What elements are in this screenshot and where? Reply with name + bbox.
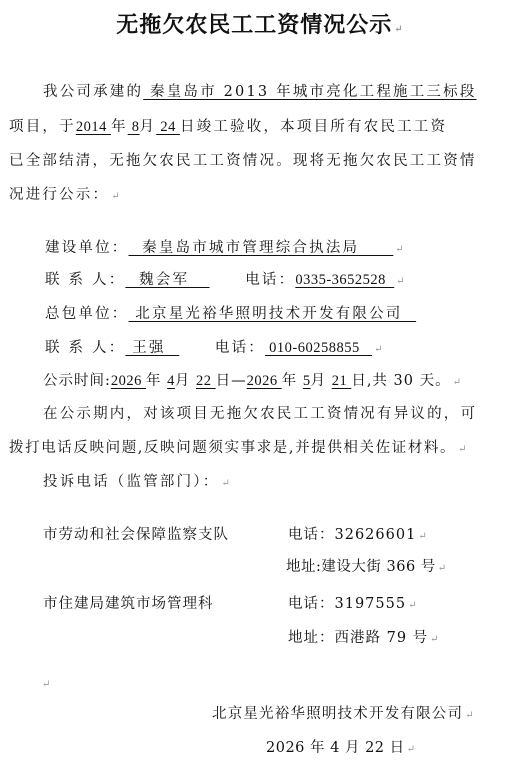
paragraph-mark-icon: ↵: [408, 600, 416, 611]
builder-contact-row: 联 系 人： 魏会军 电话：0335-3652528 ↵: [45, 268, 405, 289]
paragraph-mark-icon: ↵: [396, 276, 404, 287]
department-2-address: 地址：西港路 79 号↵: [288, 626, 439, 647]
builder-value: 秦皇岛市城市管理综合执法局: [129, 240, 394, 256]
objection-line-1: 在公示期内，对该项目无拖欠农民工工资情况有异议的，可: [43, 402, 477, 423]
signature-company: 北京星光裕华照明技术开发有限公司↵: [212, 702, 474, 723]
paragraph-mark-icon: ↵: [221, 478, 229, 489]
builder-row: 建设单位： 秦皇岛市城市管理综合执法局 ↵: [45, 236, 404, 257]
paragraph-mark-icon: ↵: [453, 377, 461, 388]
paragraph-mark-icon: ↵: [394, 24, 402, 35]
start-month: 4: [167, 373, 175, 389]
completion-month: 8: [128, 119, 140, 135]
completion-year: 2014: [76, 119, 111, 135]
contractor-value: 北京星光裕华照明技术开发有限公司: [129, 306, 417, 322]
project-name: 秦皇岛市 2013 年城市亮化工程施工三标段: [143, 84, 476, 100]
department-2-phone: 电话：3197555↵: [288, 592, 416, 613]
contractor-contact-value: 王强: [125, 340, 179, 356]
paragraph-mark-icon: ↵: [395, 244, 403, 255]
paragraph-mark-icon: ↵: [438, 563, 446, 574]
intro-line-4: 况进行公示：↵: [9, 183, 120, 204]
department-1-address: 地址:建设大街 366 号↵: [286, 555, 446, 576]
department-2-name: 市住建局建筑市场管理科: [43, 592, 214, 613]
objection-line-2: 拨打电话反映问题,反映问题须实事求是,并提供相关佐证材料。↵: [9, 436, 467, 457]
complaint-heading: 投诉电话（监管部门）：↵: [43, 470, 230, 491]
paragraph-mark-icon: ↵: [407, 744, 415, 755]
page-title: 无拖欠农民工工资情况公示↵: [0, 8, 519, 39]
builder-label: 建设单位：: [45, 240, 129, 256]
paragraph-mark-icon: ↵: [458, 444, 466, 455]
end-year: 2026: [247, 373, 282, 389]
intro-line-1: 我公司承建的 秦皇岛市 2013 年城市亮化工程施工三标段: [43, 80, 477, 101]
empty-paragraph: ↵: [40, 672, 50, 691]
start-year: 2026: [111, 373, 146, 389]
paragraph-mark-icon: ↵: [42, 679, 50, 690]
end-month: 5: [303, 373, 311, 389]
contractor-row: 总包单位： 北京星光裕华照明技术开发有限公司: [45, 302, 416, 323]
builder-phone-value: 0335-3652528: [295, 272, 394, 288]
contractor-label: 总包单位：: [45, 306, 129, 322]
signature-date: 2026 年 4 月 22 日↵: [266, 736, 415, 757]
contractor-phone-label: 电话：: [215, 340, 265, 356]
contractor-phone-value: 010-60258855: [265, 340, 372, 356]
builder-contact-value: 魏会军: [125, 272, 209, 288]
intro-line-3: 已全部结清，无拖欠农民工工资情况。现将无拖欠农民工工资情: [9, 149, 477, 170]
paragraph-mark-icon: ↵: [430, 634, 438, 645]
department-1-phone: 电话：32626601↵: [288, 523, 427, 544]
start-day: 22: [196, 373, 216, 389]
builder-contact-label: 联 系 人：: [45, 272, 125, 288]
intro-line-2: 项目，于2014 年 8月 24 日竣工验收，本项目所有农民工工资: [9, 115, 447, 136]
paragraph-mark-icon: ↵: [374, 344, 382, 355]
end-day: 21: [332, 373, 352, 389]
publicity-period: 公示时间:2026 年 4月 22 日—2026 年 5月 21 日,共 30 …: [43, 369, 461, 390]
paragraph-mark-icon: ↵: [418, 531, 426, 542]
contractor-contact-row: 联 系 人： 王强 电话： 010-60258855 ↵: [45, 336, 382, 357]
department-1-name: 市劳动和社会保障监察支队: [43, 523, 229, 544]
paragraph-mark-icon: ↵: [465, 710, 473, 721]
builder-phone-label: 电话：: [245, 272, 295, 288]
paragraph-mark-icon: ↵: [111, 191, 119, 202]
contractor-contact-label: 联 系 人：: [45, 340, 125, 356]
completion-day: 24: [156, 119, 180, 135]
